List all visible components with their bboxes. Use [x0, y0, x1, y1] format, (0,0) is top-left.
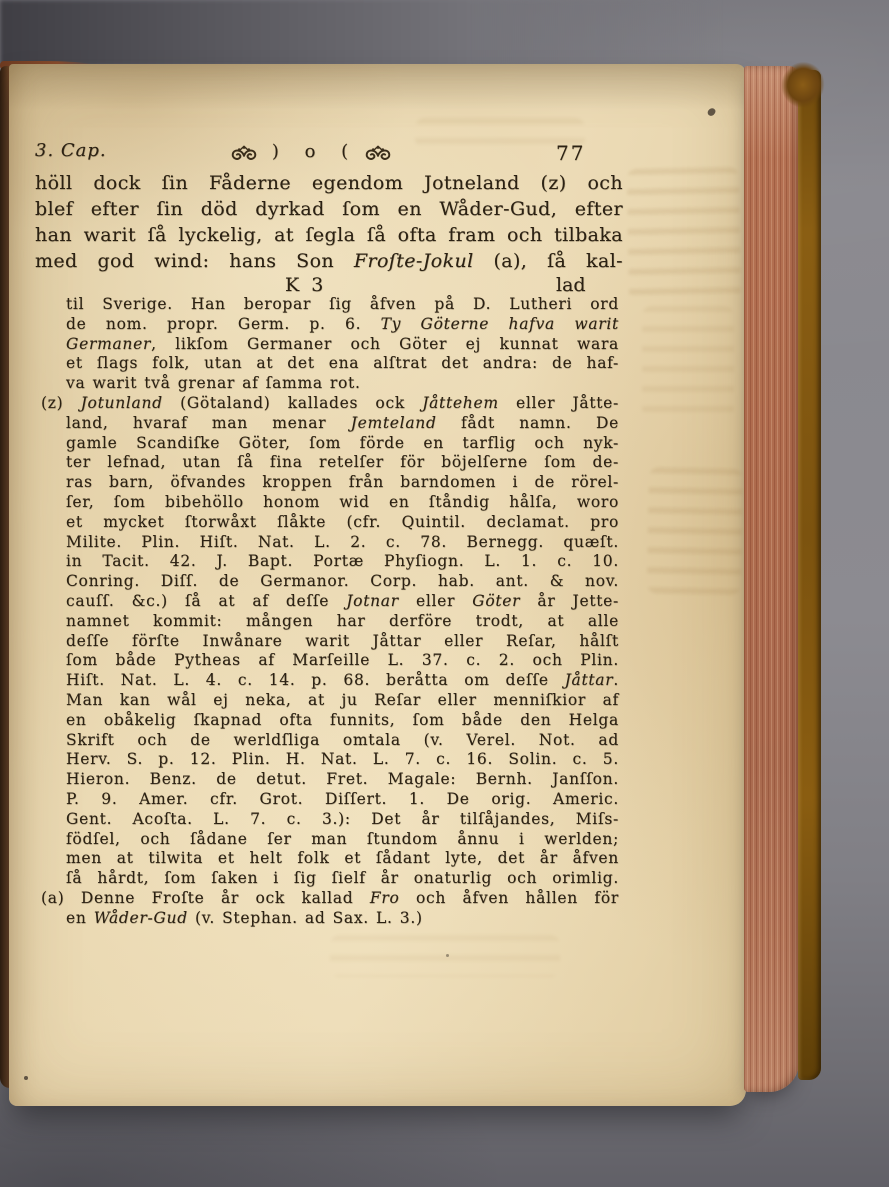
text-line: höll dock ſin Fåderne egendom Jotneland … — [35, 170, 623, 196]
footnote-continuation: til Sverige. Han beropar ſig åfven på D.… — [66, 295, 619, 394]
text-line: Hieron. Benz. de detut. Fret. Magale: Be… — [66, 770, 619, 790]
text-line: (z) Jotunland (Götaland) kallades ock Jå… — [41, 394, 619, 414]
signature-mark: K 3 — [285, 274, 326, 296]
text-line: Herv. S. p. 12. Plin. H. Nat. L. 7. c. 1… — [66, 750, 619, 770]
text-line: ſom både Pytheas af Marſeille L. 37. c. … — [66, 651, 619, 671]
page-fore-edge — [744, 66, 799, 1092]
text-line: (a) Denne Froſte år ock kallad Fro och å… — [41, 889, 619, 909]
text-line: et mycket ſtorwåxt ſlåkte (cfr. Quintil.… — [66, 513, 619, 533]
text-line: namnet kommit: mången har derföre trodt,… — [66, 612, 619, 632]
book-cover-edge — [798, 70, 821, 1080]
ornament-brackets: ) o ( — [272, 141, 350, 162]
text-line: men at tilwita et helt folk et ſådant ly… — [66, 849, 619, 869]
bleedthrough-text-ghost — [627, 167, 741, 301]
text-line: ſå hårdt, ſom ſaken i ſig ſielf år onatu… — [66, 869, 619, 889]
text-line: blef efter ſin död dyrkad ſom en Wåder-G… — [35, 196, 623, 222]
text-line: Germaner, likſom Germaner och Göter ej k… — [66, 335, 619, 355]
ink-speck — [24, 1076, 28, 1080]
ink-speck — [446, 954, 449, 957]
page-number: 77 — [556, 141, 585, 165]
text-line: Conring. Diſſ. de Germanor. Corp. hab. a… — [66, 572, 619, 592]
text-line: va warit två grenar af ſamma rot. — [66, 374, 619, 394]
text-line: med god wind: hans Son Froſte-Jokul (a),… — [35, 248, 623, 274]
main-text: höll dock ſin Fåderne egendom Jotneland … — [35, 170, 623, 274]
text-line: deſſe förſte Inwånare warit Jåttar eller… — [66, 632, 619, 652]
fleuron-icon — [229, 144, 259, 163]
catchword: lad — [556, 274, 586, 296]
text-line: Milite. Plin. Hiſt. Nat. L. 2. c. 78. Be… — [66, 533, 619, 553]
text-line: ſer, ſom bibehöllo honom wid en ſtåndig … — [66, 493, 619, 513]
bleedthrough-text-ghost — [330, 935, 560, 977]
text-line: til Sverige. Han beropar ſig åfven på D.… — [66, 295, 619, 315]
text-line: Skrift och de werldſliga omtala (v. Vere… — [66, 731, 619, 751]
text-line: et ſlags folk, utan at det ena alſtrat d… — [66, 354, 619, 374]
chapter-label: 3. Cap. — [35, 140, 107, 161]
text-line: P. 9. Amer. cfr. Grot. Diſſert. 1. De or… — [66, 790, 619, 810]
top-shadow — [0, 0, 760, 66]
text-line: Hiſt. Nat. L. 4. c. 14. p. 68. beråtta o… — [66, 671, 619, 691]
text-line: födſel, och ſådane ſer man ſtundom ånnu … — [66, 830, 619, 850]
bleedthrough-text-ghost — [647, 467, 743, 595]
fleuron-icon — [363, 144, 393, 163]
text-line: en obåkelig ſkapnad ofta funnits, ſom bå… — [66, 711, 619, 731]
header-ornament: ) o ( — [211, 138, 411, 168]
text-line: han warit ſå lyckelig, at ſegla ſå ofta … — [35, 222, 623, 248]
text-line: de nom. propr. Germ. p. 6. Ty Göterne ha… — [66, 315, 619, 335]
text-line: Man kan wål ej neka, at ju Reſar eller m… — [66, 691, 619, 711]
bleedthrough-text-ghost — [642, 306, 734, 418]
text-line: ter lefnad, utan ſå fina retelſer för bö… — [66, 453, 619, 473]
footnote-z: (z) Jotunland (Götaland) kallades ock Jå… — [66, 394, 619, 889]
text-line: en Wåder-Gud (v. Stephan. ad Sax. L. 3.) — [66, 909, 619, 929]
footnotes: til Sverige. Han beropar ſig åfven på D.… — [41, 295, 619, 929]
text-line: land, hvaraf man menar Jemteland fådt na… — [66, 414, 619, 434]
text-line: in Tacit. 42. J. Bapt. Portæ Phyſiogn. L… — [66, 552, 619, 572]
photo-backdrop: 3. Cap. ) o ( 77 höll dock ſin F — [0, 0, 889, 1187]
text-line: ras barn, öfvandes kroppen från barndome… — [66, 473, 619, 493]
footnote-a: (a) Denne Froſte år ock kallad Fro och å… — [66, 889, 619, 929]
text-line: cauſſ. &c.) ſå at af deſſe Jotnar eller … — [66, 592, 619, 612]
text-line: Gent. Acoſta. L. 7. c. 3.): Det år tilſå… — [66, 810, 619, 830]
text-line: gamle Scandiſke Göter, ſom förde en tarf… — [66, 434, 619, 454]
